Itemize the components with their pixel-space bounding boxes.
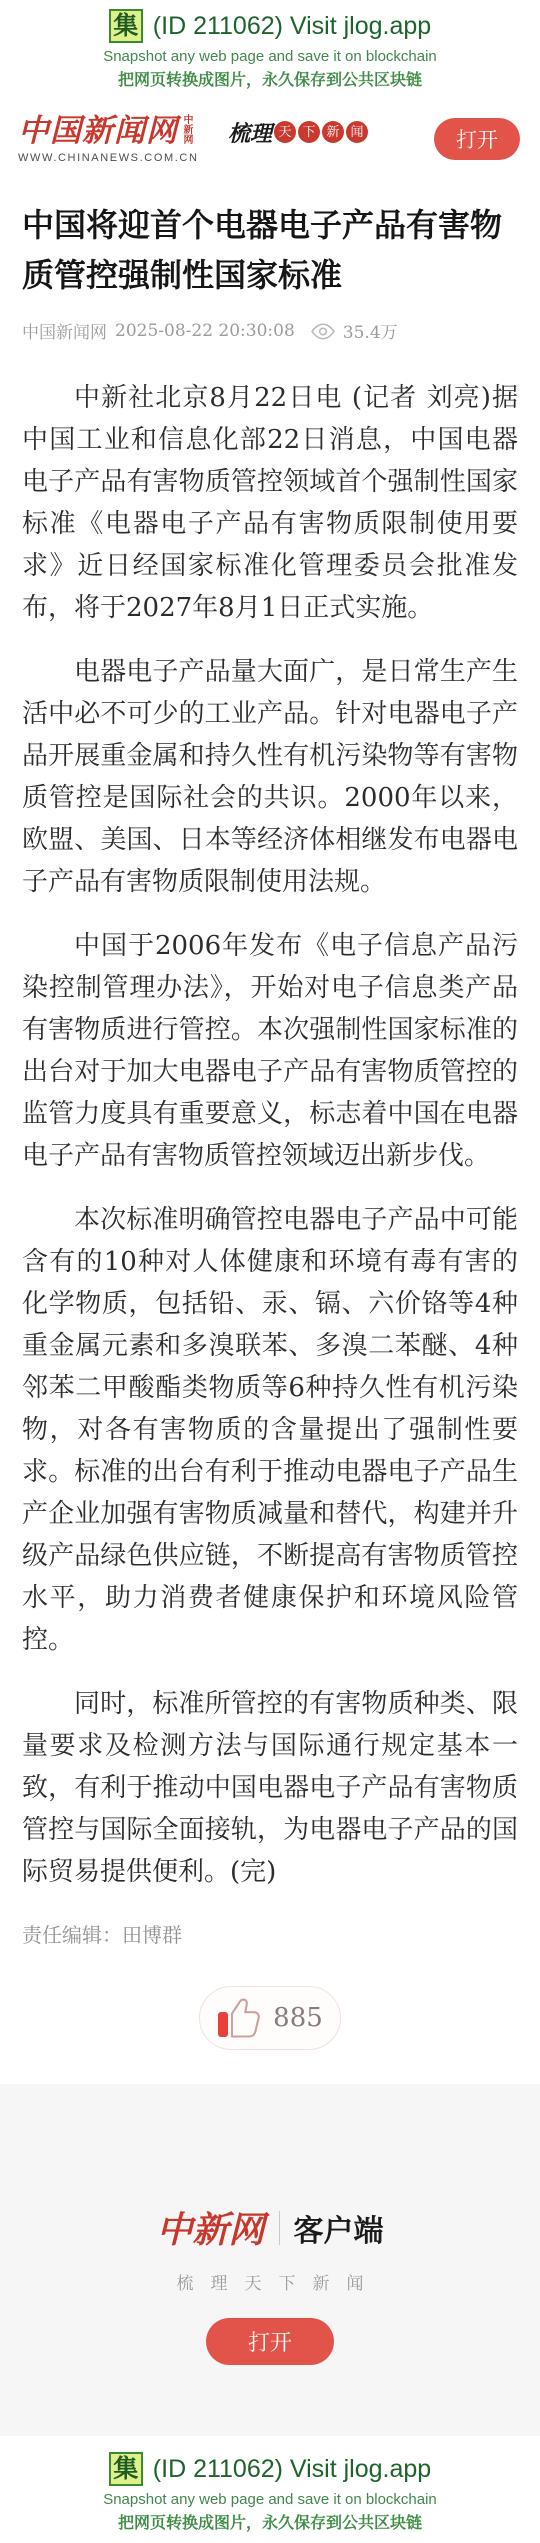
page: 集 (ID 211062) Visit jlog.app Snapshot an… <box>0 0 540 2543</box>
blockchain-banner-bottom[interactable]: 集 (ID 211062) Visit jlog.app Snapshot an… <box>0 2436 540 2543</box>
slogan-stamp: 梳理 天 下 新 闻 <box>228 117 368 148</box>
paragraph: 电器电子产品量大面广，是日常生产生活中必不可少的工业产品。针对电器电子产品开展重… <box>22 651 518 903</box>
view-count: 35.4万 <box>343 318 398 343</box>
ji-logo-icon: 集 <box>109 2452 143 2486</box>
article-source: 中国新闻网 <box>22 318 107 343</box>
banner-subtitle-en: Snapshot any web page and save it on blo… <box>0 48 540 65</box>
slogan-stamp-char: 新 <box>322 121 344 143</box>
open-app-button-footer[interactable]: 打开 <box>206 2318 334 2365</box>
banner-subtitle-zh: 把网页转换成图片，永久保存到公共区块链 <box>0 2510 540 2533</box>
logo-url-text: WWW.CHINANEWS.COM.CN <box>18 152 214 164</box>
client-promo-section: 中新网 客户端 梳理天下新闻 打开 <box>0 2084 540 2436</box>
article-body: 中新社北京8月22日电 (记者 刘亮)据中国工业和信息化部22日消息，中国电器电… <box>0 377 540 1893</box>
logo-divider <box>279 2211 280 2245</box>
like-button[interactable]: 885 <box>199 1986 341 2050</box>
client-logo-label: 客户端 <box>294 2206 384 2250</box>
paragraph: 中国于2006年发布《电子信息产品污染控制管理办法》，开始对电子信息类产品有害物… <box>22 925 518 1177</box>
logo-calligraphy-text: 中国新闻网 <box>18 114 178 148</box>
blockchain-banner-top[interactable]: 集 (ID 211062) Visit jlog.app Snapshot an… <box>0 0 540 100</box>
editor-line: 责任编辑：田博群 <box>22 1919 518 1948</box>
slogan-stamp-char: 天 <box>274 121 296 143</box>
banner-subtitle-en: Snapshot any web page and save it on blo… <box>0 2491 540 2508</box>
logo-side-text: 中新网 <box>181 114 192 144</box>
paragraph: 中新社北京8月22日电 (记者 刘亮)据中国工业和信息化部22日消息，中国电器电… <box>22 377 518 629</box>
banner-id-text: (ID 211062) Visit jlog.app <box>153 2455 431 2484</box>
banner-id-text: (ID 211062) Visit jlog.app <box>153 12 431 41</box>
open-app-button-header[interactable]: 打开 <box>434 118 520 160</box>
article-meta: 中国新闻网 2025-08-22 20:30:08 35.4万 <box>22 318 518 343</box>
slogan-prefix-text: 梳理 <box>228 117 272 148</box>
paragraph: 同时，标准所管控的有害物质种类、限量要求及检测方法与国际通行规定基本一致，有利于… <box>22 1683 518 1893</box>
article-datetime: 2025-08-22 20:30:08 <box>115 321 295 341</box>
banner-subtitle-zh: 把网页转换成图片，永久保存到公共区块链 <box>0 67 540 90</box>
thumbs-up-icon <box>217 1998 263 2038</box>
article-title: 中国将迎首个电器电子产品有害物质管控强制性国家标准 <box>22 200 518 300</box>
slogan-stamp-char: 闻 <box>346 121 368 143</box>
client-logo: 中新网 客户端 <box>156 2202 383 2253</box>
ji-logo-icon: 集 <box>109 9 143 43</box>
client-logo-calligraphy: 中新网 <box>156 2202 264 2253</box>
chinanews-logo[interactable]: 中国新闻网 中新网 WWW.CHINANEWS.COM.CN <box>18 114 214 164</box>
slogan-stamp-char: 下 <box>298 121 320 143</box>
client-slogan: 梳理天下新闻 <box>160 2269 381 2294</box>
eye-icon <box>311 323 335 340</box>
site-header: 中国新闻网 中新网 WWW.CHINANEWS.COM.CN 梳理 天 下 新 … <box>0 100 540 174</box>
paragraph: 本次标准明确管控电器电子产品中可能含有的10种对人体健康和环境有毒有害的化学物质… <box>22 1199 518 1661</box>
like-count: 885 <box>273 2003 323 2033</box>
